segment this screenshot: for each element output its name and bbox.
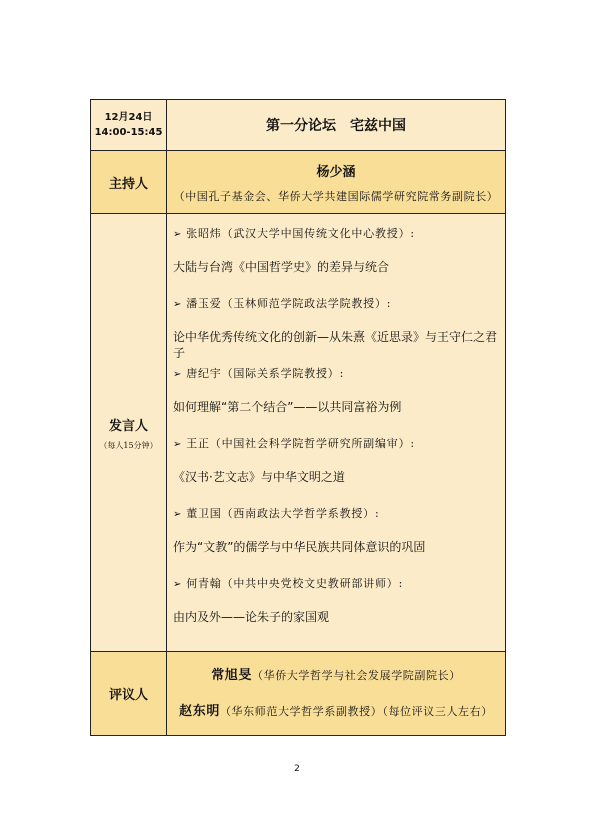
speaker-topic: 作为“文教”的儒学与中华民族共同体意识的巩固: [173, 539, 505, 574]
speaker-topic: 论中华优秀传统文化的创新—从朱熹《近思录》与王守仁之君子: [173, 329, 505, 364]
arrow-bullet-icon: ➢: [173, 369, 182, 380]
host-info-cell: 杨少涵 （中国孔子基金会、华侨大学共建国际儒学研究院常务副院长）: [167, 151, 506, 214]
speaker-item: ➢董卫国（西南政法大学哲学系教授）: 作为“文教”的儒学与中华民族共同体意识的巩…: [173, 504, 505, 574]
arrow-bullet-icon: ➢: [173, 509, 182, 520]
speaker-name: 何青翰（中共中央党校文史教研部讲师）:: [186, 577, 403, 590]
commentators-label: 评议人: [109, 688, 148, 703]
forum-schedule-table: 12月24日 14:00-15:45 第一分论坛宅兹中国 主持人 杨少涵 （中国…: [90, 99, 506, 736]
commentator-affiliation: （华侨大学哲学与社会发展学院副院长）: [252, 669, 461, 682]
commentator-item: 赵东明（华东师范大学哲学系副教授）（每位评议三人左右）: [167, 703, 505, 721]
speaker-topic: 由内及外——论朱子的家国观: [173, 609, 505, 644]
session-subtitle: 宅兹中国: [350, 118, 406, 134]
speaker-name: 张昭炜（武汉大学中国传统文化中心教授）:: [186, 227, 415, 240]
host-label-cell: 主持人: [91, 151, 167, 214]
speaker-name: 王正（中国社会科学院哲学研究所副编审）:: [186, 437, 415, 450]
session-datetime-cell: 12月24日 14:00-15:45: [91, 100, 167, 151]
arrow-bullet-icon: ➢: [173, 439, 182, 450]
session-title: 第一分论坛: [266, 118, 336, 134]
commentator-name: 赵东明: [179, 704, 220, 719]
speaker-item: ➢潘玉爱（玉林师范学院政法学院教授）: 论中华优秀传统文化的创新—从朱熹《近思录…: [173, 294, 505, 364]
speaker-name: 潘玉爱（玉林师范学院政法学院教授）:: [186, 297, 391, 310]
host-name: 杨少涵: [167, 161, 505, 180]
document-page: 12月24日 14:00-15:45 第一分论坛宅兹中国 主持人 杨少涵 （中国…: [0, 0, 594, 837]
arrow-bullet-icon: ➢: [173, 299, 182, 310]
speakers-row: 发言人 （每人15分钟） ➢张昭炜（武汉大学中国传统文化中心教授）: 大陆与台湾…: [91, 214, 506, 652]
speaker-name: 唐纪宇（国际关系学院教授）:: [186, 367, 344, 380]
session-header-row: 12月24日 14:00-15:45 第一分论坛宅兹中国: [91, 100, 506, 151]
commentator-affiliation: （华东师范大学哲学系副教授）（每位评议三人左右）: [220, 705, 493, 718]
speaker-item: ➢唐纪宇（国际关系学院教授）: 如何理解“第二个结合”——以共同富裕为例: [173, 364, 505, 434]
speakers-label: 发言人: [109, 419, 148, 434]
commentator-name: 常旭旻: [211, 668, 252, 683]
host-affiliation: （中国孔子基金会、华侨大学共建国际儒学研究院常务副院长）: [167, 188, 505, 204]
commentators-list-cell: 常旭旻（华侨大学哲学与社会发展学院副院长） 赵东明（华东师范大学哲学系副教授）（…: [167, 652, 506, 736]
speaker-item: ➢何青翰（中共中央党校文史教研部讲师）: 由内及外——论朱子的家国观: [173, 574, 505, 644]
speaker-name: 董卫国（西南政法大学哲学系教授）:: [186, 507, 379, 520]
speakers-time-note: （每人15分钟）: [91, 440, 166, 451]
speakers-label-cell: 发言人 （每人15分钟）: [91, 214, 167, 652]
speaker-item: ➢王正（中国社会科学院哲学研究所副编审）: 《汉书·艺文志》与中华文明之道: [173, 434, 505, 504]
speaker-topic: 大陆与台湾《中国哲学史》的差异与统合: [173, 259, 505, 294]
commentator-item: 常旭旻（华侨大学哲学与社会发展学院副院长）: [167, 667, 505, 685]
speaker-topic: 如何理解“第二个结合”——以共同富裕为例: [173, 399, 505, 434]
page-number: 2: [0, 764, 594, 774]
speakers-list-cell: ➢张昭炜（武汉大学中国传统文化中心教授）: 大陆与台湾《中国哲学史》的差异与统合…: [167, 214, 506, 652]
speaker-item: ➢张昭炜（武汉大学中国传统文化中心教授）: 大陆与台湾《中国哲学史》的差异与统合: [173, 224, 505, 294]
host-row: 主持人 杨少涵 （中国孔子基金会、华侨大学共建国际儒学研究院常务副院长）: [91, 151, 506, 214]
arrow-bullet-icon: ➢: [173, 229, 182, 240]
session-time: 14:00-15:45: [91, 125, 166, 140]
session-title-cell: 第一分论坛宅兹中国: [167, 100, 506, 151]
session-date: 12月24日: [91, 110, 166, 125]
host-label: 主持人: [109, 177, 148, 192]
arrow-bullet-icon: ➢: [173, 579, 182, 590]
commentators-label-cell: 评议人: [91, 652, 167, 736]
speaker-topic: 《汉书·艺文志》与中华文明之道: [173, 469, 505, 504]
commentators-row: 评议人 常旭旻（华侨大学哲学与社会发展学院副院长） 赵东明（华东师范大学哲学系副…: [91, 652, 506, 736]
